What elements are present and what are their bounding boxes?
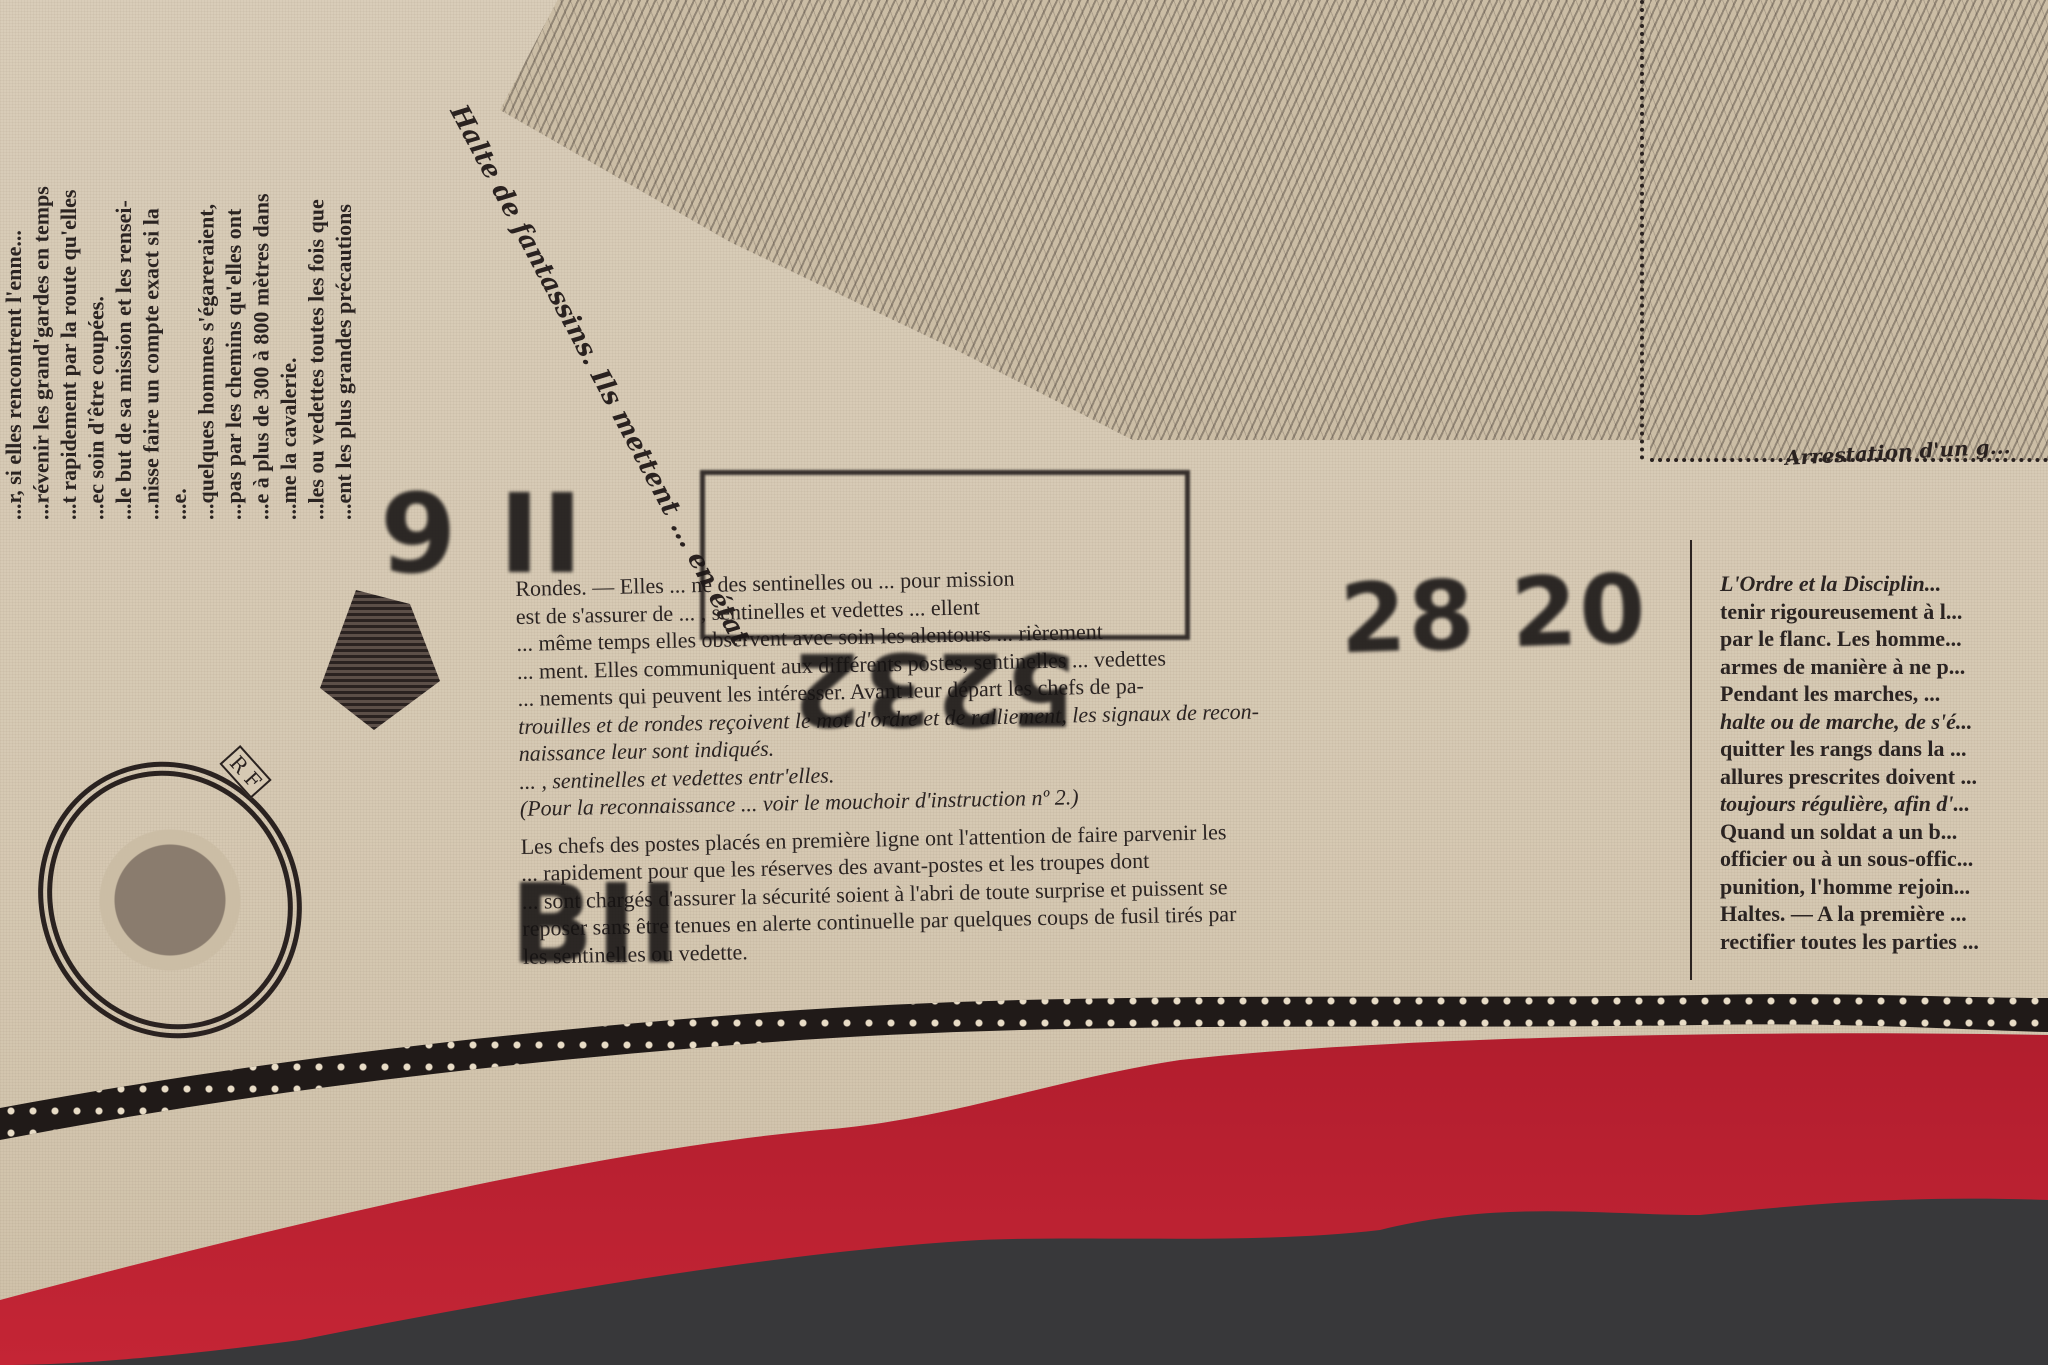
stamp-mark-bottom-left: BII xyxy=(510,860,682,988)
column-divider xyxy=(1690,540,1692,980)
left-text-column: ...r, si elles rencontrent l'enne... ...… xyxy=(0,0,440,530)
text-line: ...e à plus de 300 à 800 mètres dans xyxy=(248,0,276,520)
text-line: ...ent les plus grandes précautions xyxy=(330,0,358,520)
right-text-column: L'Ordre et la Disciplin... tenir rigoure… xyxy=(1720,570,2048,955)
text-line: Haltes. — A la première ... xyxy=(1720,900,2048,928)
text-line: ...les ou vedettes toutes les fois que xyxy=(303,0,331,520)
text-line: ...t rapidement par la route qu'elles xyxy=(55,0,83,520)
text-line: halte ou de marche, de s'é... xyxy=(1720,708,2048,736)
text-line: Quand un soldat a un b... xyxy=(1720,818,2048,846)
stamp-mark-top-right: 28 20 xyxy=(1338,555,1649,676)
text-line: L'Ordre et la Disciplin... xyxy=(1720,570,2048,598)
text-line: par le flanc. Les homme... xyxy=(1720,625,2048,653)
stamp-mark-middle: 5232 xyxy=(790,630,1076,747)
text-line: ...révenir les grand'gardes en temps xyxy=(28,0,56,520)
text-line: tenir rigoureusement à l... xyxy=(1720,598,2048,626)
text-line: toujours régulière, afin d'... xyxy=(1720,790,2048,818)
text-line: armes de manière à ne p... xyxy=(1720,653,2048,681)
text-line: ...me la cavalerie. xyxy=(275,0,303,520)
stamp-frame xyxy=(700,470,1190,640)
text-line: Pendant les marches, ... xyxy=(1720,680,2048,708)
text-line: rectifier toutes les parties ... xyxy=(1720,928,2048,956)
text-line: ...ec soin d'être coupées. xyxy=(83,0,111,520)
text-line: ...r, si elles rencontrent l'enne... xyxy=(0,0,28,520)
text-line: ...pas par les chemins qu'elles ont xyxy=(220,0,248,520)
stamp-mark-top-left: 9 II xyxy=(380,470,585,598)
text-line: ...e. xyxy=(165,0,193,520)
engraving-arrest-scene xyxy=(1650,0,2048,460)
text-line: officier ou à un sous-offic... xyxy=(1720,845,2048,873)
text-line: punition, l'homme rejoin... xyxy=(1720,873,2048,901)
text-line: ...quelques hommes s'égareraient, xyxy=(193,0,221,520)
text-line: ...nisse faire un compte exact si la xyxy=(138,0,166,520)
text-line: allures prescrites doivent ... xyxy=(1720,763,2048,791)
text-line: quitter les rangs dans la ... xyxy=(1720,735,2048,763)
text-line: ...le but de sa mission et les rensei- xyxy=(110,0,138,520)
engraving-frame-divider xyxy=(1640,0,1644,460)
